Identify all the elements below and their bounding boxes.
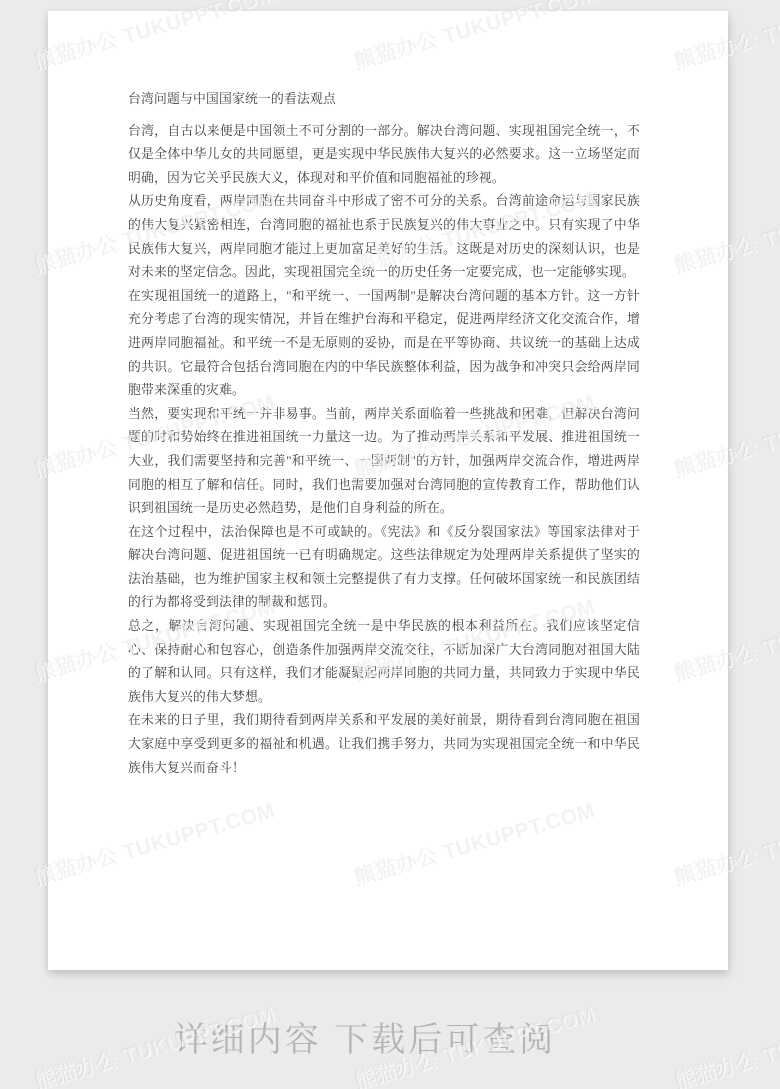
document-paragraph: 从历史角度看，两岸同胞在共同奋斗中形成了密不可分的关系。台湾前途命运与国家民族的… xyxy=(128,190,640,284)
download-hint-text: 详细内容 下载后可查阅 xyxy=(0,1012,755,1061)
document-paragraph: 当然，要实现和平统一并非易事。当前，两岸关系面临着一些挑战和困难，但解决台湾问题… xyxy=(128,403,640,521)
document-paragraph: 总之，解决台湾问题、实现祖国完全统一是中华民族的根本利益所在。我们应该坚定信心、… xyxy=(128,615,640,709)
document-paragraph: 台湾，自古以来便是中国领土不可分割的一部分。解决台湾问题、实现祖国完全统一，不仅… xyxy=(128,120,640,191)
document-title: 台湾问题与中国国家统一的看法观点 xyxy=(128,88,640,112)
document-paragraph: 在未来的日子里，我们期待看到两岸关系和平发展的美好前景，期待看到台湾同胞在祖国大… xyxy=(128,709,640,780)
document-paragraph: 在实现祖国统一的道路上，"和平统一、一国两制"是解决台湾问题的基本方针。这一方针… xyxy=(128,285,640,403)
document-page: 台湾问题与中国国家统一的看法观点 台湾，自古以来便是中国领土不可分割的一部分。解… xyxy=(48,11,728,970)
document-paragraph: 在这个过程中，法治保障也是不可或缺的。《宪法》和《反分裂国家法》等国家法律对于解… xyxy=(128,521,640,615)
document-text-block: 台湾问题与中国国家统一的看法观点 台湾，自古以来便是中国领土不可分割的一部分。解… xyxy=(128,88,640,780)
